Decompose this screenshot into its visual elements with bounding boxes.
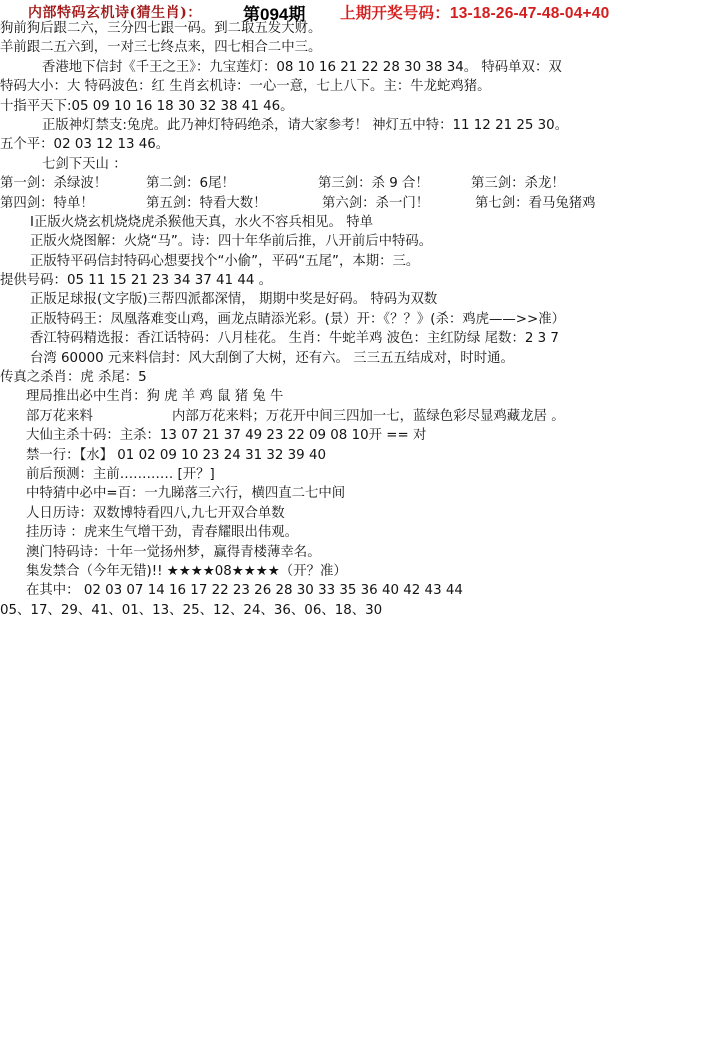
line-text: 正版火烧图解：火烧“马”。诗：四十年华前后推，八开前后中特码。 <box>30 234 432 249</box>
football-paper-line: 正版足球报(文字版)三帮四派都深情， 期期中奖是好码。 特码为双数 <box>0 290 702 309</box>
line-text: 中特猜中必中=百：一九睇落三六行，横四直二七中间 <box>26 486 345 501</box>
hk-envelope-line: 香港地下信封《千王之王》：九宝莲灯：08 10 16 21 22 28 30 3… <box>0 58 702 77</box>
line-text: 香江特码精选报：香江话特码：八月桂花。 生肖：牛蛇羊鸡 波色：主红防绿 尾数：2… <box>30 331 559 346</box>
line-text: 在其中： 02 03 07 14 16 17 22 23 26 28 30 33… <box>26 583 463 598</box>
special-size-color-line: 特码大小：大 特码波色：红 生肖玄机诗：一心一意，七上八下。主：牛龙蛇鸡猪。 <box>0 77 702 96</box>
line-text: 羊前跟二五六到，一对三七终点来，四七相合二中三。 <box>0 40 321 55</box>
flat-code-envelope-line: 正版特平码信封特码心想要找个“小偷”，平码“五尾”，本期：三。 <box>0 252 702 271</box>
line-text: 十指平天下:05 09 10 16 18 30 32 38 41 46。 <box>0 99 294 114</box>
swords-row-2: 第四剑：特单！ 第五剑：特看大数！ 第六剑：杀一门！ 第七剑：看马兔猪鸡 <box>0 194 702 213</box>
sword-2: 第二剑：6尾！ <box>146 174 235 193</box>
line-text: 特码大小：大 特码波色：红 生肖玄机诗：一心一意，七上八下。主：牛龙蛇鸡猪。 <box>0 79 491 94</box>
ten-fingers-line: 十指平天下:05 09 10 16 18 30 32 38 41 46。 <box>0 97 702 116</box>
five-flat-line: 五个平：02 03 12 13 46。 <box>0 135 702 154</box>
line-text: 提供号码：05 11 15 21 23 34 37 41 44 。 <box>0 273 272 288</box>
sword-3: 第三剑：杀 9 合！ <box>318 174 429 193</box>
line-text: 正版足球报(文字版)三帮四派都深情， 期期中奖是好码。 特码为双数 <box>30 292 437 307</box>
line-text: 05、17、29、41、01、13、25、12、24、36、06、18、30 <box>0 603 382 618</box>
calendar-poem-line: 挂历诗 ：虎来生气增干劲，青春耀眼出伟观。 <box>0 523 702 542</box>
special-guess-line: 中特猜中必中=百：一九睇落三六行，横四直二七中间 <box>0 484 702 503</box>
line-text: 正版特码王：凤凰落难变山鸡，画龙点睛添光彩。(景）开：《？？》(杀：鸡虎——>>… <box>30 312 565 327</box>
line-text: 澳门特码诗：十年一觉扬州梦，赢得青楼薄幸名。 <box>26 545 321 560</box>
almanac-poem-line: 人日历诗：双数博特看四八,九七开双合单数 <box>0 504 702 523</box>
line-text: 前后预测：主前………… [开？] <box>26 467 215 482</box>
line-text: 理局推出必中生肖：狗 虎 羊 鸡 鼠 猪 兔 牛 <box>26 389 283 404</box>
line-text: 狗前狗后跟二六，三分四七跟一码。到二取五发大财。 <box>0 21 321 36</box>
line-text: 禁一行：【水】 01 02 09 10 23 24 31 32 39 40 <box>26 448 326 463</box>
poem-line-2: 羊前跟二五六到，一对三七终点来，四七相合二中三。 <box>0 38 702 57</box>
macau-poem-line: 澳门特码诗：十年一觉扬州梦，赢得青楼薄幸名。 <box>0 543 702 562</box>
line-text: I正版火烧玄机烧烧虎杀猴他天真，水火不容兵相见。 特单 <box>30 215 373 230</box>
wanhua-label: 部万花来料 <box>26 407 93 426</box>
immortal-kill-line: 大仙主杀十码：主杀：13 07 21 37 49 23 22 09 08 10开… <box>0 426 702 445</box>
sword-7: 第七剑：看马兔猪鸡 <box>475 194 596 213</box>
forbidden-row-line: 禁一行：【水】 01 02 09 10 23 24 31 32 39 40 <box>0 446 702 465</box>
wanhua-line: 部万花来料 内部万花来料；万花开中间三四加一七，蓝绿色彩尽显鸡藏龙居 。 <box>0 407 702 426</box>
sword-6: 第六剑：杀一门！ <box>322 194 429 213</box>
taiwan-envelope-line: 台湾 60000 元来料信封：风大刮倒了大树，还有六。 三三五五结成对，时时通。 <box>0 349 702 368</box>
fire-burn-diagram-line: 正版火烧图解：火烧“马”。诗：四十年华前后推，八开前后中特码。 <box>0 232 702 251</box>
line-text: 集发禁合（今年无错)!! ★★★★08★★★★（开？准） <box>26 564 347 579</box>
among-numbers-line: 在其中： 02 03 07 14 16 17 22 23 26 28 30 33… <box>0 581 702 600</box>
line-text: 人日历诗：双数博特看四八,九七开双合单数 <box>26 506 285 521</box>
fire-burn-line: I正版火烧玄机烧烧虎杀猴他天真，水火不容兵相见。 特单 <box>0 213 702 232</box>
must-win-zodiac-line: 理局推出必中生肖：狗 虎 羊 鸡 鼠 猪 兔 牛 <box>0 387 702 406</box>
line-text: 正版特平码信封特码心想要找个“小偷”，平码“五尾”，本期：三。 <box>30 254 419 269</box>
divine-lamp-line: 正版神灯禁支:兔虎。此乃神灯特码绝杀，请大家参考！ 神灯五中特：11 12 21… <box>0 116 702 135</box>
line-text: 五个平：02 03 12 13 46。 <box>0 137 169 152</box>
poem-line-1: 狗前狗后跟二六，三分四七跟一码。到二取五发大财。 <box>0 19 702 38</box>
prediction-line: 前后预测：主前………… [开？] <box>0 465 702 484</box>
xiangjiang-paper-line: 香江特码精选报：香江话特码：八月桂花。 生肖：牛蛇羊鸡 波色：主红防绿 尾数：2… <box>0 329 702 348</box>
forbidden-combo-line: 集发禁合（今年无错)!! ★★★★08★★★★（开？准） <box>0 562 702 581</box>
wanhua-text: 内部万花来料；万花开中间三四加一七，蓝绿色彩尽显鸡藏龙居 。 <box>172 407 565 426</box>
line-text: 台湾 60000 元来料信封：风大刮倒了大树，还有六。 三三五五结成对，时时通。 <box>30 351 514 366</box>
line-text: 七剑下天山 ： <box>42 157 127 172</box>
fax-kill-line: 传真之杀肖：虎 杀尾：5 <box>0 368 702 387</box>
line-text: 传真之杀肖：虎 杀尾：5 <box>0 370 147 385</box>
sword-4: 第四剑：特单！ <box>0 194 94 213</box>
line-text: 大仙主杀十码：主杀：13 07 21 37 49 23 22 09 08 10开… <box>26 428 426 443</box>
special-king-line: 正版特码王：凤凰落难变山鸡，画龙点睛添光彩。(景）开：《？？》(杀：鸡虎——>>… <box>0 310 702 329</box>
provided-numbers-line: 提供号码：05 11 15 21 23 34 37 41 44 。 <box>0 271 702 290</box>
line-text: 香港地下信封《千王之王》：九宝莲灯：08 10 16 21 22 28 30 3… <box>42 60 562 75</box>
number-sequence-line: 05、17、29、41、01、13、25、12、24、36、06、18、30 <box>0 601 702 620</box>
sword-5: 第五剑：特看大数！ <box>146 194 267 213</box>
line-text: 挂历诗 ：虎来生气增干劲，青春耀眼出伟观。 <box>26 525 298 540</box>
seven-swords-heading: 七剑下天山 ： <box>0 155 702 174</box>
sword-3b: 第三剑：杀龙！ <box>471 174 565 193</box>
swords-row-1: 第一剑：杀绿波！ 第二剑：6尾！ 第三剑：杀 9 合！ 第三剑：杀龙！ <box>0 174 702 193</box>
line-text: 正版神灯禁支:兔虎。此乃神灯特码绝杀，请大家参考！ 神灯五中特：11 12 21… <box>42 118 568 133</box>
sword-1: 第一剑：杀绿波！ <box>0 174 107 193</box>
document-body: 狗前狗后跟二六，三分四七跟一码。到二取五发大财。 羊前跟二五六到，一对三七终点来… <box>0 19 702 620</box>
